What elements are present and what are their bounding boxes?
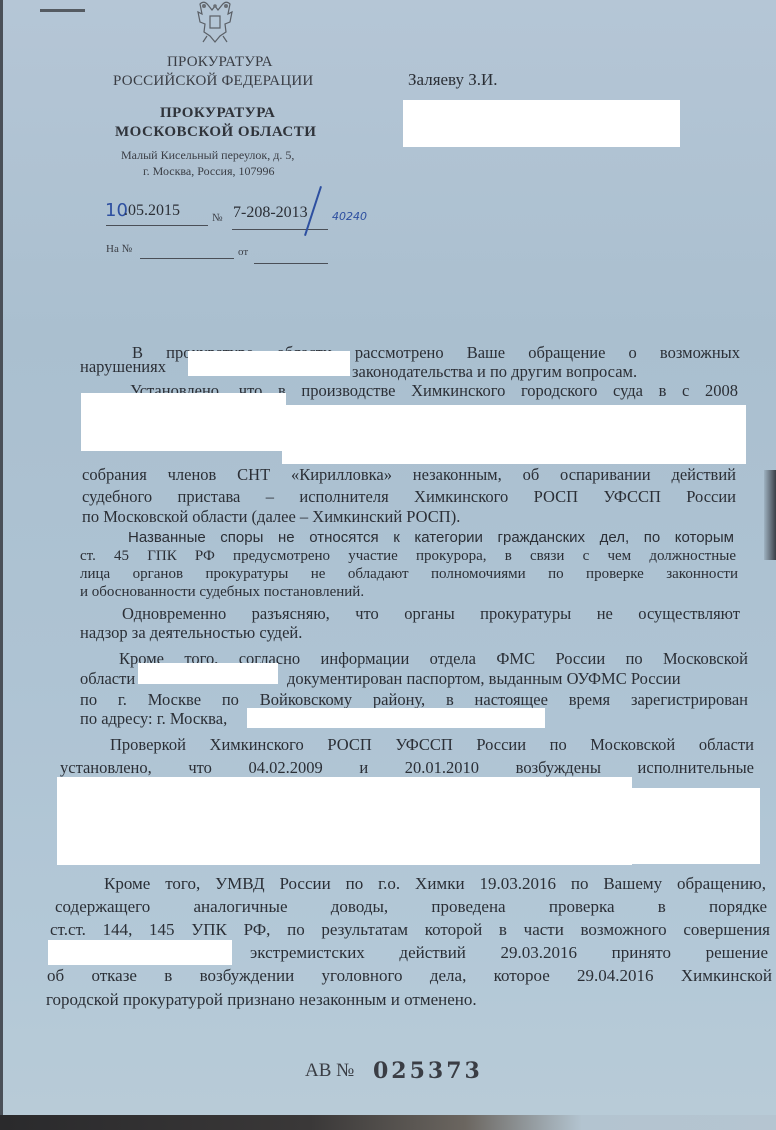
- body-line: городской прокуратурой признано незаконн…: [46, 990, 477, 1010]
- serial-prefix: АВ №: [305, 1060, 354, 1082]
- page-edge: [0, 0, 3, 1115]
- body-line: документирован паспортом, выданным ОУФМС…: [287, 669, 681, 689]
- letter-number: 7-208-2013: [233, 204, 308, 222]
- body-line: экстремистских действий 29.03.2016 приня…: [250, 943, 768, 963]
- redaction: [188, 351, 350, 376]
- reply-number-label: На №: [106, 243, 132, 255]
- body-line: области: [80, 669, 135, 689]
- handwritten-number: 40240: [332, 210, 367, 223]
- suborg-name-line1: ПРОКУРАТУРА: [160, 105, 275, 122]
- body-line: судебного пристава – исполнителя Химкинс…: [82, 487, 736, 507]
- coat-of-arms-icon: [190, 0, 240, 45]
- redaction: [247, 708, 545, 728]
- body-line: В прокуратуре области рассмотрено Ваше о…: [84, 343, 740, 363]
- body-line: законодательства и по другим вопросам.: [352, 362, 637, 382]
- suborg-name-line2: МОСКОВСКОЙ ОБЛАСТИ: [115, 124, 316, 141]
- redaction: [138, 663, 278, 684]
- address-line1: Малый Кисельный переулок, д. 5,: [121, 148, 294, 163]
- body-line: собрания членов СНТ «Кирилловка» незакон…: [82, 465, 736, 485]
- org-name-line2: РОССИЙСКОЙ ФЕДЕРАЦИИ: [113, 73, 313, 90]
- recipient-name: Заляеву З.И.: [408, 70, 498, 90]
- number-label: №: [212, 212, 223, 224]
- address-line2: г. Москва, Россия, 107996: [143, 164, 275, 179]
- redaction: [57, 777, 632, 865]
- page-bottom-shadow: [0, 1115, 776, 1130]
- body-line: нарушениях: [80, 357, 166, 377]
- body-line: по адресу: г. Москва,: [80, 709, 227, 729]
- letter-date: .05.2015: [124, 202, 180, 220]
- redaction: [614, 788, 760, 864]
- redaction: [403, 100, 680, 147]
- body-line: и обоснованности судебных постановлений.: [80, 584, 364, 601]
- serial-number: 025373: [373, 1058, 483, 1084]
- corner-mark: [40, 9, 85, 12]
- redaction: [282, 420, 746, 464]
- body-line: ст.ст. 144, 145 УПК РФ, по результатам к…: [50, 920, 770, 940]
- page-fold-shadow: [764, 470, 776, 560]
- redaction: [48, 940, 232, 965]
- body-line: по Московской области (далее – Химкински…: [82, 507, 460, 527]
- body-line: Одновременно разъясняю, что органы проку…: [122, 604, 740, 624]
- reply-from-label: от: [238, 246, 248, 258]
- org-name-line1: ПРОКУРАТУРА: [167, 54, 273, 71]
- body-line: надзор за деятельностью судей.: [80, 623, 302, 643]
- body-line: Проверкой Химкинского РОСП УФССП России …: [110, 735, 754, 755]
- body-line: лица органов прокуратуры не обладают пол…: [80, 566, 738, 583]
- body-line: по г. Москве по Войковскому району, в на…: [80, 690, 748, 710]
- body-line: Кроме того, УМВД России по г.о. Химки 19…: [104, 874, 766, 894]
- body-line: Названные споры не относятся к категории…: [128, 529, 734, 546]
- body-line: содержащего аналогичные доводы, проведен…: [55, 897, 767, 917]
- body-line: установлено, что 04.02.2009 и 20.01.2010…: [60, 758, 754, 778]
- body-line: об отказе в возбуждении уголовного дела,…: [47, 966, 772, 986]
- body-line: ст. 45 ГПК РФ предусмотрено участие прок…: [80, 548, 736, 565]
